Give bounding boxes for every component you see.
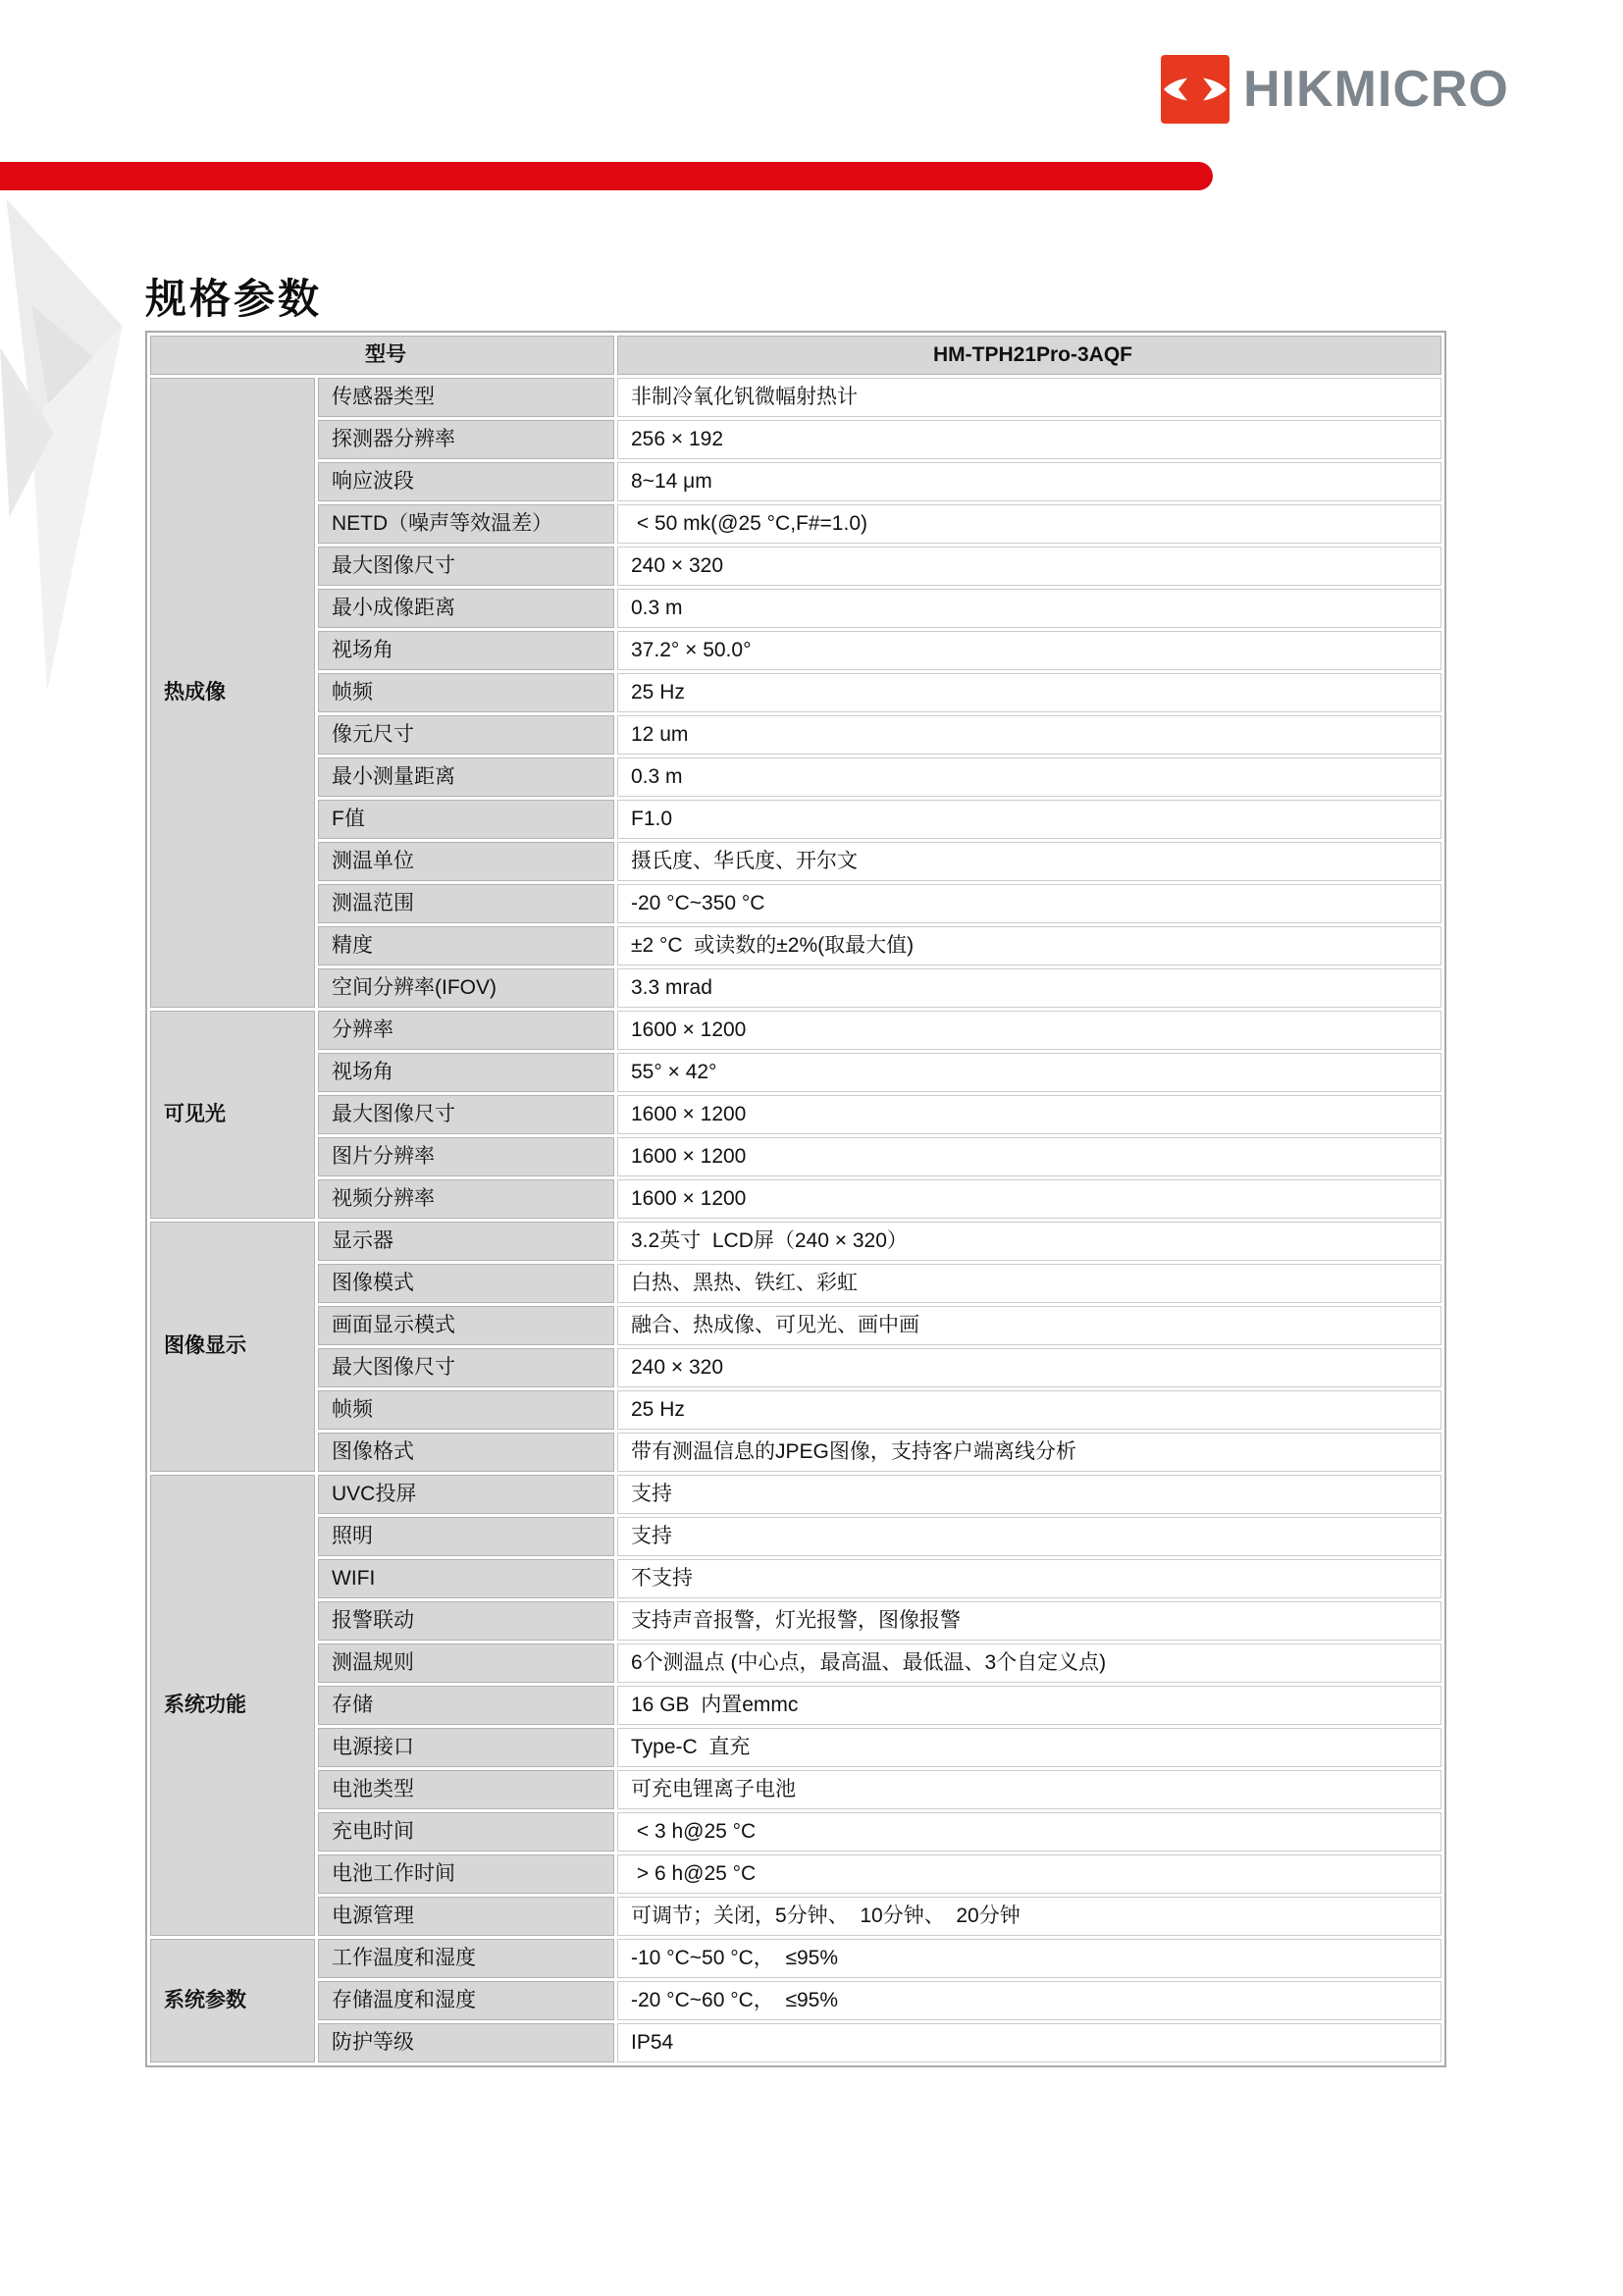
spec-row: 响应波段8~14 μm [150,462,1441,501]
section-label: 图像显示 [150,1222,315,1472]
spec-row: 最大图像尺寸1600 × 1200 [150,1095,1441,1134]
spec-param-value: 37.2° × 50.0° [617,631,1441,670]
spec-param-value: 55° × 42° [617,1053,1441,1092]
spec-param-value: Type-C 直充 [617,1728,1441,1767]
spec-row: 存储16 GB 内置emmc [150,1686,1441,1725]
watermark-triangle [0,188,157,718]
spec-param-value: < 3 h@25 °C [617,1812,1441,1852]
spec-row: 电源接口Type-C 直充 [150,1728,1441,1767]
spec-param-label: 最小成像距离 [318,589,614,628]
spec-row: 视频分辨率1600 × 1200 [150,1179,1441,1219]
spec-param-value: > 6 h@25 °C [617,1854,1441,1894]
spec-row: 帧频25 Hz [150,673,1441,712]
spec-param-label: 像元尺寸 [318,715,614,755]
model-label-cell: 型号 [150,336,614,375]
spec-param-label: 图片分辨率 [318,1137,614,1176]
spec-param-value: 0.3 m [617,589,1441,628]
spec-param-value: 1600 × 1200 [617,1179,1441,1219]
watermark-triangle [0,188,157,718]
spec-row: 测温单位摄氏度、华氏度、开尔文 [150,842,1441,881]
spec-row: 视场角55° × 42° [150,1053,1441,1092]
spec-row: 最大图像尺寸240 × 320 [150,1348,1441,1387]
spec-row: 电源管理可调节；关闭，5分钟、 10分钟、 20分钟 [150,1897,1441,1936]
spec-param-value: 1600 × 1200 [617,1137,1441,1176]
page-title: 规格参数 [145,267,322,326]
spec-param-value: 白热、黑热、铁红、彩虹 [617,1264,1441,1303]
spec-param-value: 带有测温信息的JPEG图像，支持客户端离线分析 [617,1433,1441,1472]
spec-row: 测温范围-20 °C~350 °C [150,884,1441,923]
spec-param-value: 不支持 [617,1559,1441,1598]
brand-wordmark: HIKMICRO [1243,55,1509,124]
spec-param-label: WIFI [318,1559,614,1598]
spec-param-label: 防护等级 [318,2023,614,2062]
spec-param-label: 电源管理 [318,1897,614,1936]
spec-param-label: NETD（噪声等效温差） [318,504,614,544]
spec-param-label: 报警联动 [318,1601,614,1641]
spec-param-value: 3.2英寸 LCD屏（240 × 320） [617,1222,1441,1261]
spec-row: 热成像传感器类型非制冷氧化钒微幅射热计 [150,378,1441,417]
spec-param-label: 存储 [318,1686,614,1725]
spec-param-value: 0.3 m [617,757,1441,797]
spec-param-value: 240 × 320 [617,1348,1441,1387]
spec-param-label: 最大图像尺寸 [318,1348,614,1387]
spec-param-value: 3.3 mrad [617,968,1441,1008]
model-value-cell: HM-TPH21Pro-3AQF [617,336,1441,375]
spec-param-label: 测温范围 [318,884,614,923]
spec-param-label: 空间分辨率(IFOV) [318,968,614,1008]
watermark-shape [0,188,157,718]
watermark-triangle [0,188,157,718]
spec-row: 照明支持 [150,1517,1441,1556]
spec-param-value: 12 um [617,715,1441,755]
spec-param-label: 电池工作时间 [318,1854,614,1894]
spec-param-value: IP54 [617,2023,1441,2062]
spec-param-value: -20 °C~60 °C， ≤95% [617,1981,1441,2020]
spec-param-label: 显示器 [318,1222,614,1261]
brand-logo: HIKMICRO [1161,55,1509,124]
spec-row: 充电时间 < 3 h@25 °C [150,1812,1441,1852]
spec-param-label: 测温单位 [318,842,614,881]
section-label: 热成像 [150,378,315,1008]
spec-row: 探测器分辨率256 × 192 [150,420,1441,459]
spec-param-label: 照明 [318,1517,614,1556]
spec-param-label: 画面显示模式 [318,1306,614,1345]
spec-row: 画面显示模式融合、热成像、可见光、画中画 [150,1306,1441,1345]
spec-param-value: 可调节；关闭，5分钟、 10分钟、 20分钟 [617,1897,1441,1936]
spec-sheet-page: { "brand": { "wordmark": "HIKMICRO", "lo… [0,0,1623,2296]
spec-row: 图片分辨率1600 × 1200 [150,1137,1441,1176]
spec-param-label: UVC投屏 [318,1475,614,1514]
spec-param-value: 1600 × 1200 [617,1011,1441,1050]
spec-param-value: 25 Hz [617,1390,1441,1430]
spec-param-label: 视频分辨率 [318,1179,614,1219]
spec-row: WIFI不支持 [150,1559,1441,1598]
spec-param-label: 充电时间 [318,1812,614,1852]
spec-param-label: 帧频 [318,673,614,712]
spec-param-value: 25 Hz [617,673,1441,712]
spec-param-label: 测温规则 [318,1644,614,1683]
spec-param-value: 支持 [617,1517,1441,1556]
spec-param-label: 分辨率 [318,1011,614,1050]
spec-param-label: 电池类型 [318,1770,614,1809]
spec-param-value: 256 × 192 [617,420,1441,459]
spec-param-label: F值 [318,800,614,839]
spec-param-label: 电源接口 [318,1728,614,1767]
spec-row: 视场角37.2° × 50.0° [150,631,1441,670]
spec-param-label: 视场角 [318,631,614,670]
spec-param-value: 1600 × 1200 [617,1095,1441,1134]
spec-row: 电池工作时间 > 6 h@25 °C [150,1854,1441,1894]
spec-row: 系统参数工作温度和湿度-10 °C~50 °C， ≤95% [150,1939,1441,1978]
watermark-triangle [0,188,157,718]
spec-param-label: 存储温度和湿度 [318,1981,614,2020]
spec-row: 图像显示显示器3.2英寸 LCD屏（240 × 320） [150,1222,1441,1261]
spec-param-value: 可充电锂离子电池 [617,1770,1441,1809]
spec-row: 电池类型可充电锂离子电池 [150,1770,1441,1809]
spec-param-label: 工作温度和湿度 [318,1939,614,1978]
spec-param-value: 6个测温点 (中心点，最高温、最低温、3个自定义点) [617,1644,1441,1683]
spec-param-label: 帧频 [318,1390,614,1430]
spec-row: F值F1.0 [150,800,1441,839]
section-label: 可见光 [150,1011,315,1219]
spec-row: NETD（噪声等效温差） < 50 mk(@25 °C,F#=1.0) [150,504,1441,544]
section-label: 系统功能 [150,1475,315,1936]
spec-param-label: 图像格式 [318,1433,614,1472]
spec-param-value: ±2 °C 或读数的±2%(取最大值) [617,926,1441,965]
spec-row: 图像模式白热、黑热、铁红、彩虹 [150,1264,1441,1303]
spec-table: 型号 HM-TPH21Pro-3AQF 热成像传感器类型非制冷氧化钒微幅射热计探… [145,331,1446,2067]
spec-row: 报警联动支持声音报警，灯光报警，图像报警 [150,1601,1441,1641]
spec-row: 帧频25 Hz [150,1390,1441,1430]
spec-param-value: 摄氏度、华氏度、开尔文 [617,842,1441,881]
spec-param-label: 探测器分辨率 [318,420,614,459]
spec-param-label: 最大图像尺寸 [318,547,614,586]
spec-param-value: 16 GB 内置emmc [617,1686,1441,1725]
spec-row: 空间分辨率(IFOV)3.3 mrad [150,968,1441,1008]
spec-param-value: 240 × 320 [617,547,1441,586]
spec-param-value: F1.0 [617,800,1441,839]
spec-row: 存储温度和湿度-20 °C~60 °C， ≤95% [150,1981,1441,2020]
spec-param-label: 精度 [318,926,614,965]
spec-param-label: 传感器类型 [318,378,614,417]
spec-header-row: 型号 HM-TPH21Pro-3AQF [150,336,1441,375]
spec-param-value: 非制冷氧化钒微幅射热计 [617,378,1441,417]
spec-param-label: 最小测量距离 [318,757,614,797]
accent-bar [0,162,1213,190]
spec-param-value: 支持声音报警，灯光报警，图像报警 [617,1601,1441,1641]
spec-row: 可见光分辨率1600 × 1200 [150,1011,1441,1050]
spec-row: 图像格式带有测温信息的JPEG图像，支持客户端离线分析 [150,1433,1441,1472]
spec-param-value: 8~14 μm [617,462,1441,501]
spec-row: 测温规则6个测温点 (中心点，最高温、最低温、3个自定义点) [150,1644,1441,1683]
spec-param-value: < 50 mk(@25 °C,F#=1.0) [617,504,1441,544]
spec-row: 防护等级IP54 [150,2023,1441,2062]
spec-param-value: 支持 [617,1475,1441,1514]
spec-param-label: 响应波段 [318,462,614,501]
spec-param-label: 视场角 [318,1053,614,1092]
spec-row: 最小测量距离0.3 m [150,757,1441,797]
spec-row: 精度±2 °C 或读数的±2%(取最大值) [150,926,1441,965]
hikmicro-eye-icon [1161,55,1230,124]
spec-row: 系统功能UVC投屏支持 [150,1475,1441,1514]
spec-param-value: -10 °C~50 °C， ≤95% [617,1939,1441,1978]
spec-row: 最小成像距离0.3 m [150,589,1441,628]
spec-row: 最大图像尺寸240 × 320 [150,547,1441,586]
section-label: 系统参数 [150,1939,315,2062]
spec-row: 像元尺寸12 um [150,715,1441,755]
spec-param-label: 最大图像尺寸 [318,1095,614,1134]
spec-table-container: 型号 HM-TPH21Pro-3AQF 热成像传感器类型非制冷氧化钒微幅射热计探… [145,331,1446,2067]
spec-param-label: 图像模式 [318,1264,614,1303]
spec-param-value: -20 °C~350 °C [617,884,1441,923]
spec-param-value: 融合、热成像、可见光、画中画 [617,1306,1441,1345]
